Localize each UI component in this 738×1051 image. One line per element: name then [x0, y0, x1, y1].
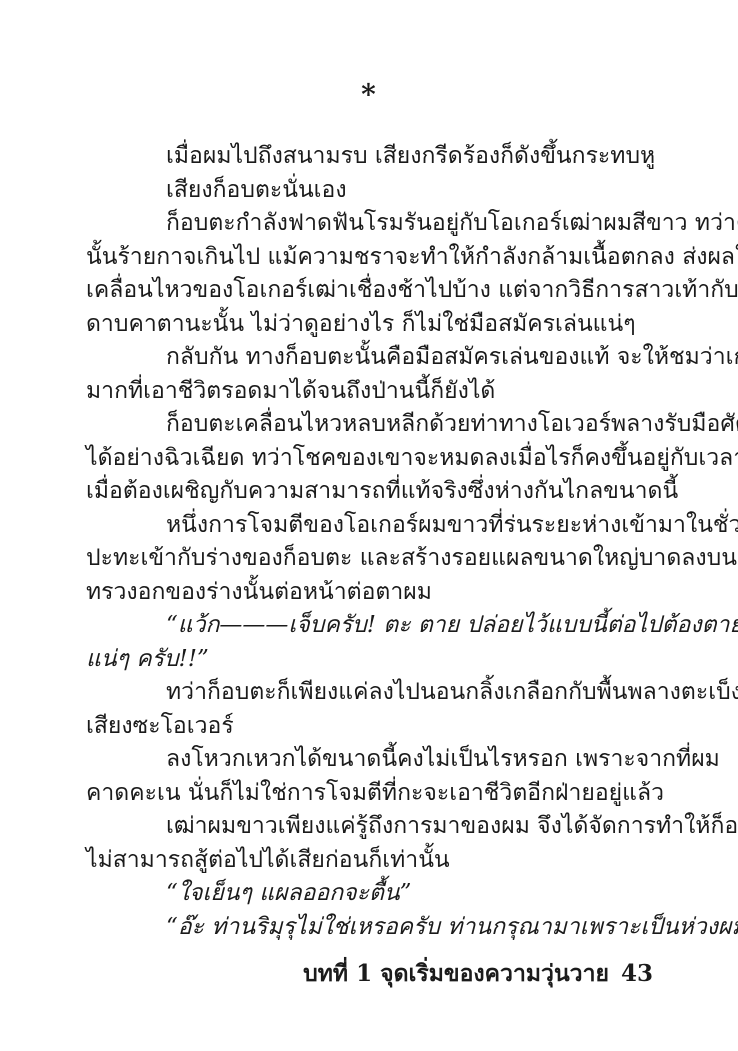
footer-page-number: 43 — [621, 960, 653, 987]
body-text: เมื่อผมไปถึงสนามรบ เสียงกรีดร้องก็ดังขึ้… — [86, 140, 654, 944]
footer-chapter-title: บทที่ 1 จุดเริ่มของความวุ่นวาย — [303, 960, 609, 987]
text-line: เมื่อต้องเผชิญกับความสามารถที่แท้จริงซึ่… — [86, 475, 654, 509]
text-line: ดาบคาตานะนั้น ไม่ว่าดูอย่างไร ก็ไม่ใช่มื… — [86, 308, 654, 342]
text-line: เสียงซะโอเวอร์ — [86, 710, 654, 744]
text-line: เคลื่อนไหวของโอเกอร์เฒ่าเชื่องช้าไปบ้าง … — [86, 274, 654, 308]
text-line: ก็อบตะกำลังฟาดฟันโรมรันอยู่กับโอเกอร์เฒ่… — [86, 207, 654, 241]
text-line: “ใจเย็นๆ แผลออกจะตื้น” — [86, 877, 654, 911]
page-footer: บทที่ 1 จุดเริ่มของความวุ่นวาย43 — [303, 956, 653, 992]
text-line: ทรวงอกของร่างนั้นต่อหน้าต่อตาผม — [86, 576, 654, 610]
text-line: ทว่าก็อบตะก็เพียงแค่ลงไปนอนกลิ้งเกลือกกั… — [86, 676, 654, 710]
text-line: คาดคะเน นั่นก็ไม่ใช่การโจมตีที่กะจะเอาชี… — [86, 777, 654, 811]
text-line: เสียงก็อบตะนั่นเอง — [86, 174, 654, 208]
text-line: แน่ๆ ครับ!!” — [86, 643, 654, 677]
text-line: ก็อบตะเคลื่อนไหวหลบหลีกด้วยท่าทางโอเวอร์… — [86, 408, 654, 442]
text-line: “อ๊ะ ท่านริมุรุไม่ใช่เหรอครับ ท่านกรุณาม… — [86, 911, 654, 945]
text-line: ได้อย่างฉิวเฉียด ทว่าโชคของเขาจะหมดลงเมื… — [86, 442, 654, 476]
text-line: เฒ่าผมขาวเพียงแค่รู้ถึงการมาของผม จึงได้… — [86, 810, 654, 844]
text-line: “แว้ก———เจ็บครับ! ตะ ตาย ปล่อยไว้แบบนี้ต… — [86, 609, 654, 643]
scene-break-asterisk: * — [0, 78, 738, 111]
text-line: เมื่อผมไปถึงสนามรบ เสียงกรีดร้องก็ดังขึ้… — [86, 140, 654, 174]
text-line: มากที่เอาชีวิตรอดมาได้จนถึงป่านนี้ก็ยังไ… — [86, 375, 654, 409]
text-line: นั้นร้ายกาจเกินไป แม้ความชราจะทำให้กำลัง… — [86, 241, 654, 275]
text-line: ลงโหวกเหวกได้ขนาดนี้คงไม่เป็นไรหรอก เพรา… — [86, 743, 654, 777]
book-page: * เมื่อผมไปถึงสนามรบ เสียงกรีดร้องก็ดังข… — [0, 0, 738, 1051]
text-line: ปะทะเข้ากับร่างของก็อบตะ และสร้างรอยแผลข… — [86, 542, 654, 576]
text-line: หนึ่งการโจมตีของโอเกอร์ผมขาวที่ร่นระยะห่… — [86, 509, 654, 543]
text-line: กลับกัน ทางก็อบตะนั้นคือมือสมัครเล่นของแ… — [86, 341, 654, 375]
text-line: ไม่สามารถสู้ต่อไปได้เสียก่อนก็เท่านั้น — [86, 844, 654, 878]
